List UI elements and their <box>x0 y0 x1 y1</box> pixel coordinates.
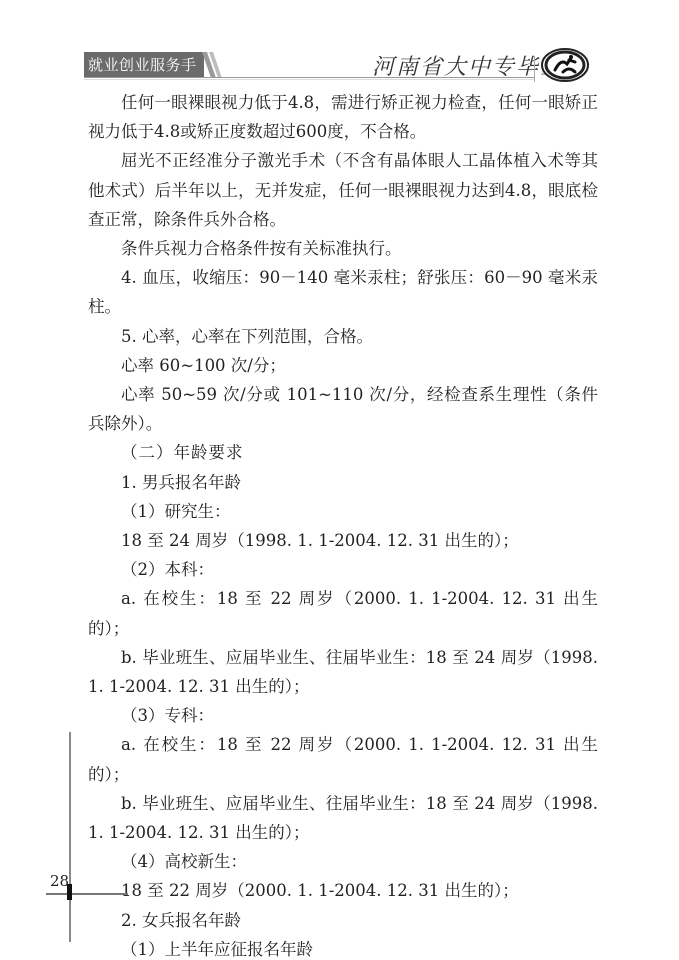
emblem-logo-icon <box>541 48 589 82</box>
header-separator <box>534 56 535 82</box>
list-item: （3）专科： <box>88 701 598 730</box>
paragraph: 心率 50~59 次/分或 101~110 次/分，经检查系生理性（条件兵除外）… <box>88 380 598 438</box>
paragraph: 4. 血压，收缩压：90－140 毫米汞柱；舒张压：60－90 毫米汞柱。 <box>88 263 598 321</box>
footer-marker <box>67 884 72 900</box>
book-title-tag: 就业创业服务手册 <box>84 52 204 78</box>
section-heading: （二）年龄要求 <box>88 438 598 467</box>
paragraph: 任何一眼裸眼视力低于4.8，需进行矫正视力检查，任何一眼矫正视力低于4.8或矫正… <box>88 88 598 146</box>
body-text: 任何一眼裸眼视力低于4.8，需进行矫正视力检查，任何一眼矫正视力低于4.8或矫正… <box>88 88 598 960</box>
list-item: a. 在校生：18 至 22 周岁（2000. 1. 1-2004. 12. 3… <box>88 584 598 642</box>
subheading: 2. 女兵报名年龄 <box>88 906 598 935</box>
page-header: 就业创业服务手册 河南省大中专毕业生 <box>0 0 679 90</box>
paragraph: 5. 心率，心率在下列范围，合格。 <box>88 322 598 351</box>
list-item: （1）上半年应征报名年龄 <box>88 935 598 960</box>
list-item: （4）高校新生： <box>88 847 598 876</box>
paragraph: 条件兵视力合格条件按有关标准执行。 <box>88 234 598 263</box>
list-item: （2）本科： <box>88 555 598 584</box>
list-item: 18 至 22 周岁（2000. 1. 1-2004. 12. 31 出生的）； <box>88 876 598 905</box>
list-item: 18 至 24 周岁（1998. 1. 1-2004. 12. 31 出生的）； <box>88 526 598 555</box>
paragraph: 屈光不正经准分子激光手术（不含有晶体眼人工晶体植入术等其他术式）后半年以上，无并… <box>88 146 598 234</box>
list-item: b. 毕业班生、应届毕业生、往届毕业生：18 至 24 周岁（1998. 1. … <box>88 643 598 701</box>
paragraph: 心率 60~100 次/分； <box>88 351 598 380</box>
list-item: a. 在校生：18 至 22 周岁（2000. 1. 1-2004. 12. 3… <box>88 730 598 788</box>
list-item: （1）研究生： <box>88 497 598 526</box>
decorative-stripes-icon <box>202 52 224 78</box>
subheading: 1. 男兵报名年龄 <box>88 468 598 497</box>
list-item: b. 毕业班生、应届毕业生、往届毕业生：18 至 24 周岁（1998. 1. … <box>88 789 598 847</box>
margin-rule <box>69 732 71 942</box>
footer-rule <box>46 893 128 895</box>
